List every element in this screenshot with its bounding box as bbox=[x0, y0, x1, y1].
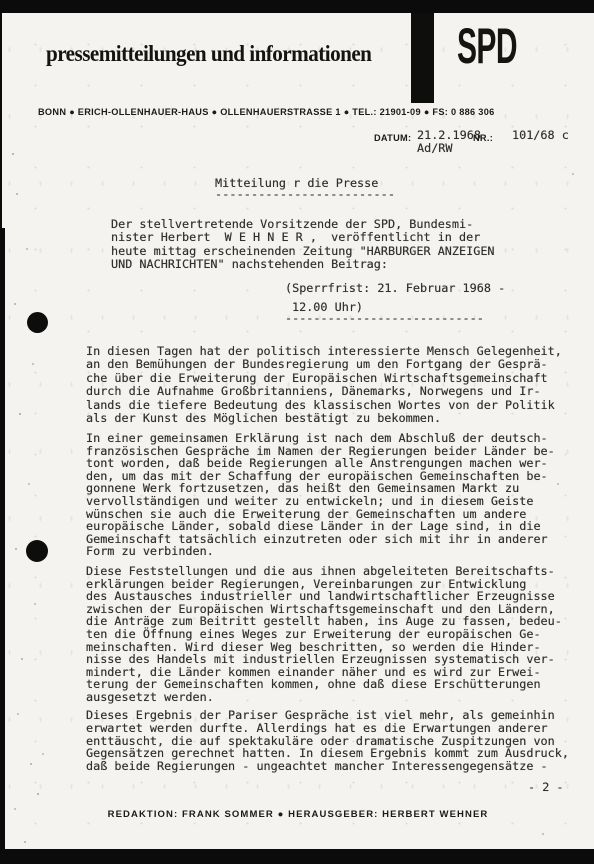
masthead-divider-bar bbox=[411, 0, 434, 103]
scan-edge-bottom bbox=[0, 849, 594, 864]
nr-value: 101/68 c bbox=[512, 129, 569, 142]
datum-label: DATUM: bbox=[374, 133, 411, 143]
scan-edge-left bbox=[0, 228, 5, 864]
body-paragraph-3: Diese Feststellungen und die aus ihnen a… bbox=[86, 565, 562, 704]
page-number: - 2 - bbox=[528, 781, 564, 794]
footer-imprint: REDAKTION: FRANK SOMMER ● HERAUSGEBER: H… bbox=[2, 809, 594, 820]
intro-paragraph: Der stellvertretende Vorsitzende der SPD… bbox=[111, 218, 495, 272]
press-heading-underline: ------------------------- bbox=[215, 188, 395, 201]
body-paragraph-2: In einer gemeinsamen Erklärung ist nach … bbox=[86, 432, 555, 558]
embargo-underline: ---------------------------- bbox=[285, 312, 484, 325]
spd-logo: SPD bbox=[457, 21, 517, 71]
datum-value: 21.2.1968 bbox=[417, 129, 481, 142]
punch-hole-bottom bbox=[26, 540, 48, 562]
press-release-page: pressemitteilungen und informationen SPD… bbox=[2, 13, 594, 849]
body-paragraph-4: Dieses Ergebnis der Pariser Gespräche is… bbox=[86, 709, 569, 773]
scanned-document: pressemitteilungen und informationen SPD… bbox=[0, 0, 594, 864]
signature-initials: Ad/RW bbox=[417, 142, 453, 155]
embargo-line-1: (Sperrfrist: 21. Februar 1968 - bbox=[285, 282, 505, 295]
body-paragraph-1: In diesen Tagen hat der politisch intere… bbox=[86, 345, 562, 425]
punch-hole-top bbox=[27, 312, 48, 333]
address-line: BONN ● ERICH-OLLENHAUER-HAUS ● OLLENHAUE… bbox=[38, 107, 495, 117]
scan-noise-speckles bbox=[12, 153, 14, 155]
scan-edge-top bbox=[0, 0, 594, 13]
masthead-title: pressemitteilungen und informationen bbox=[46, 41, 371, 67]
